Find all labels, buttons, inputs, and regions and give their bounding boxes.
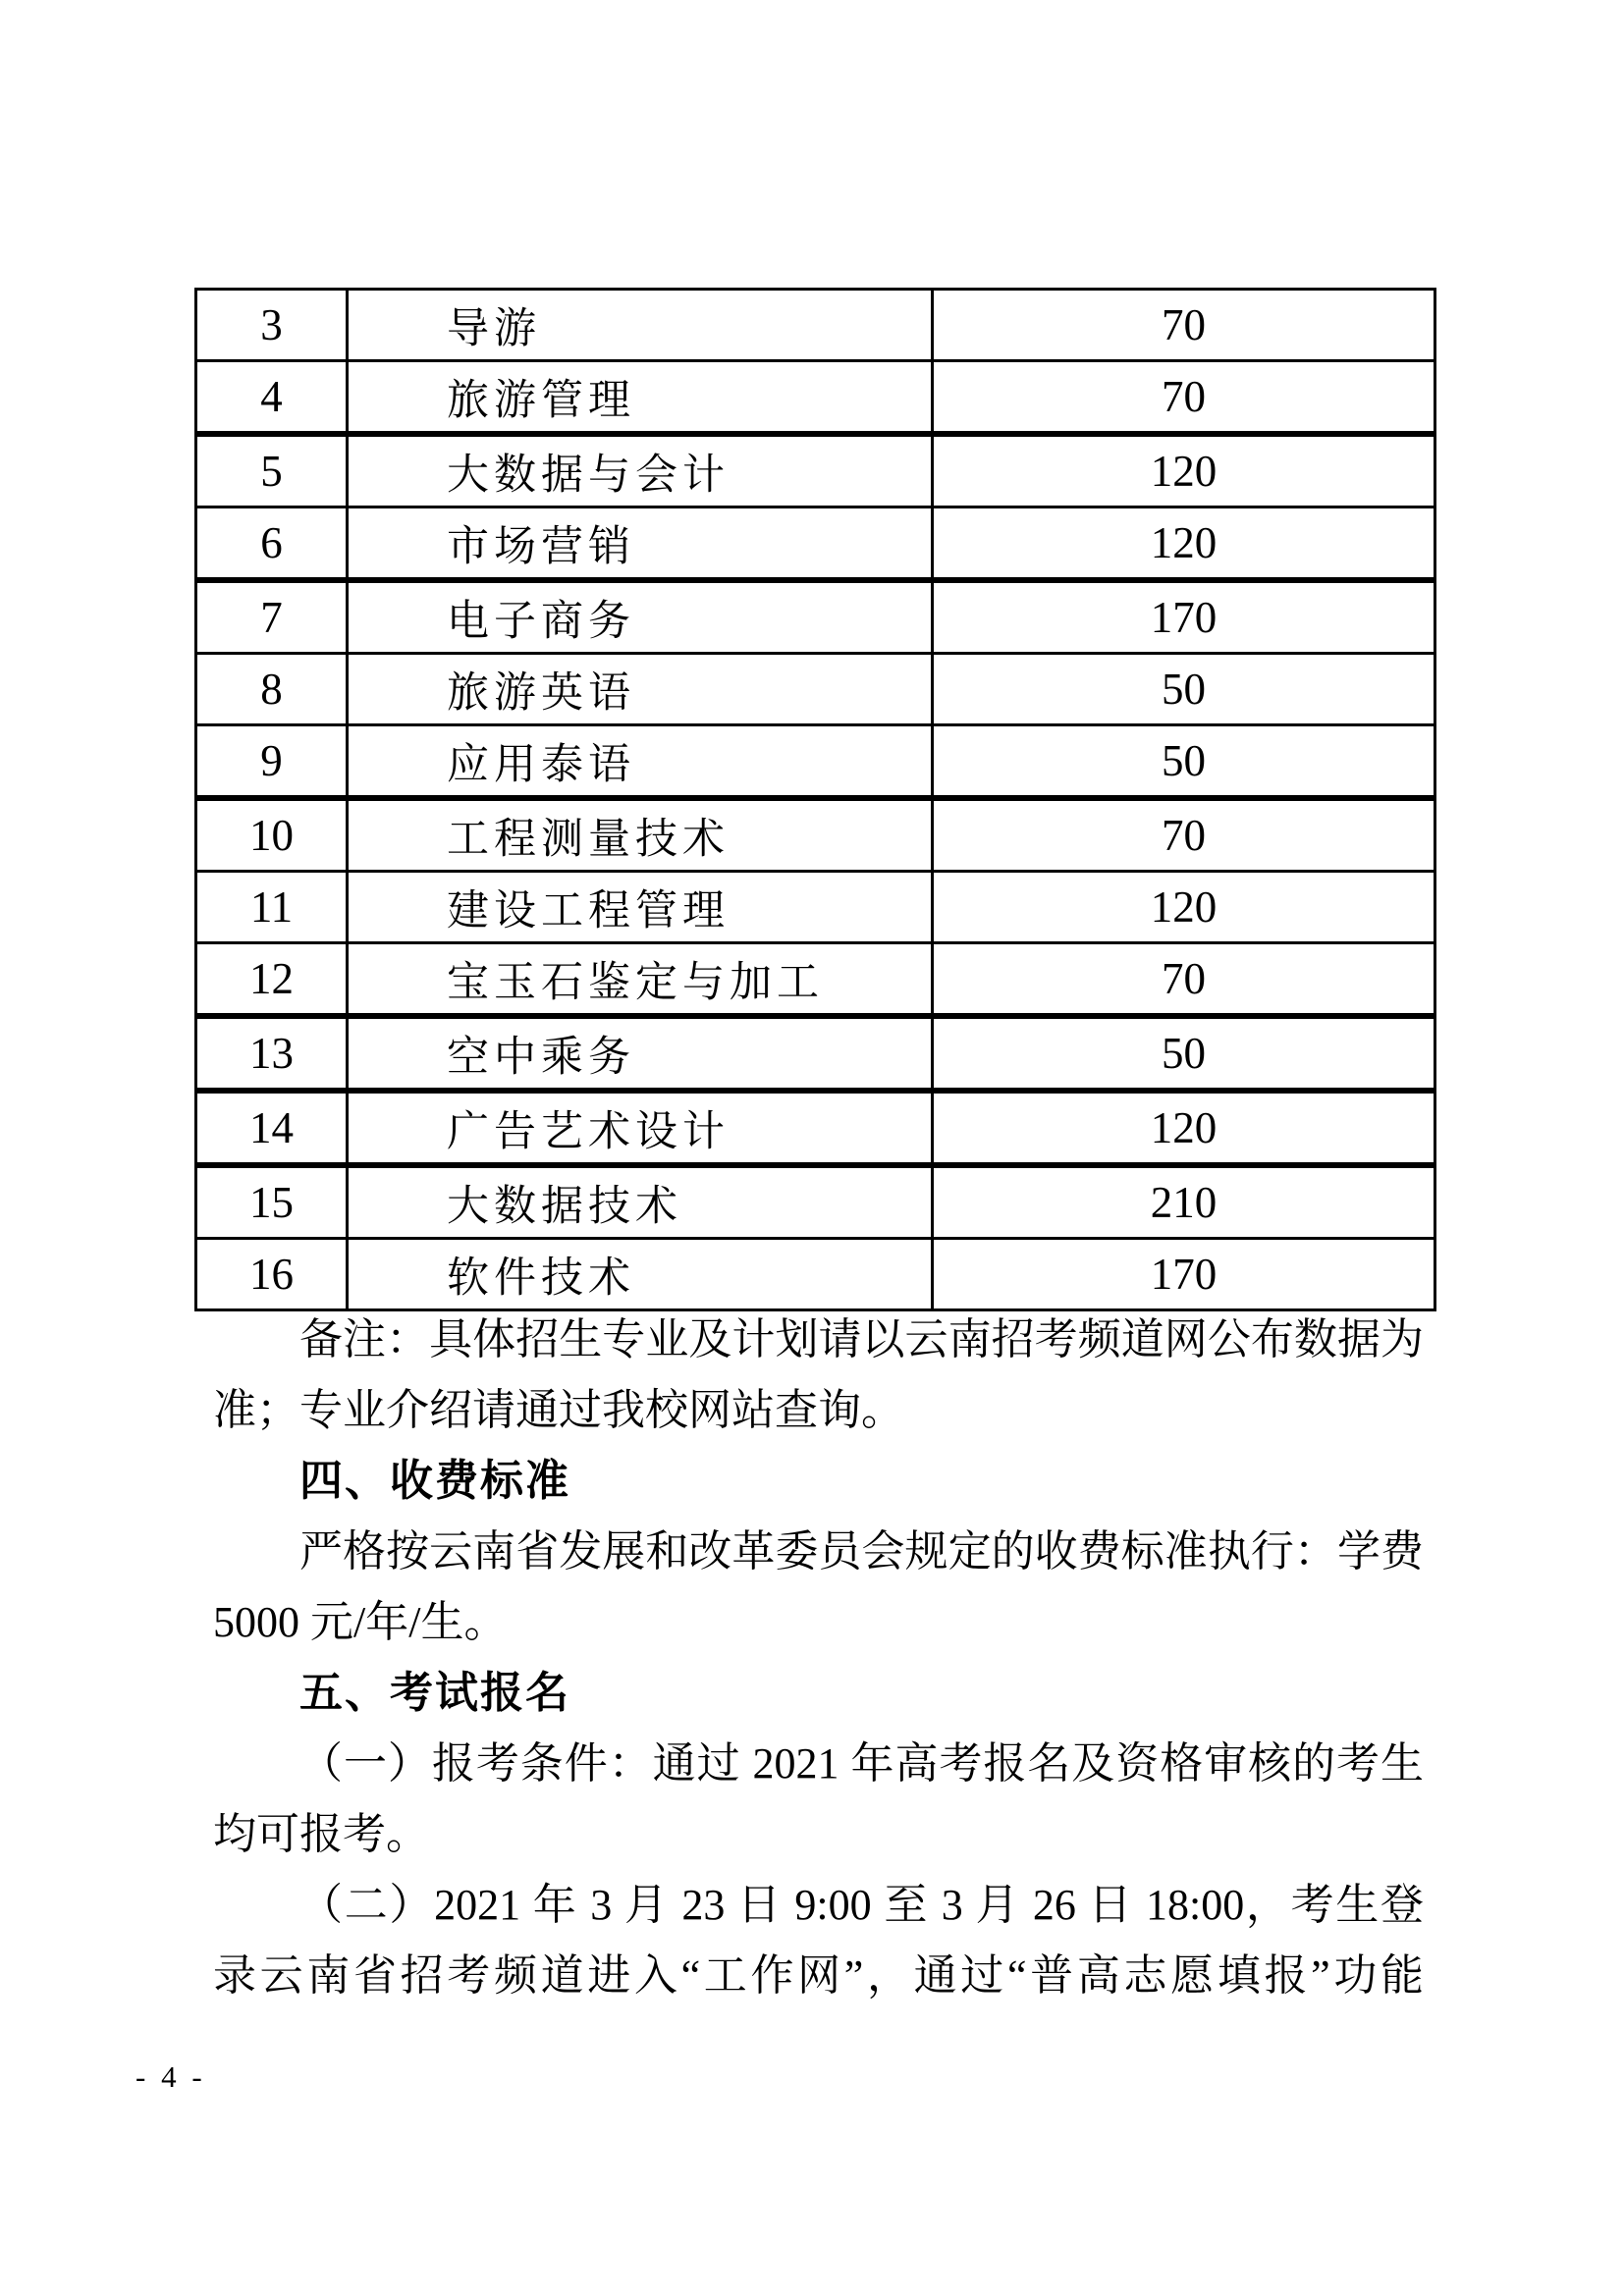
quota-value: 70 (933, 943, 1435, 1017)
major-name: 广告艺术设计 (348, 1091, 933, 1165)
registration-line-4: 录云南省招考频道进入“工作网”，通过“普高志愿填报”功能 (213, 1941, 1424, 2011)
row-number: 12 (196, 943, 348, 1017)
row-number: 3 (196, 290, 348, 361)
table-row: 3 导游 70 (196, 290, 1435, 361)
row-number: 15 (196, 1165, 348, 1239)
registration-line-3: （二）2021 年 3 月 23 日 9:00 至 3 月 26 日 18:00… (213, 1870, 1424, 1941)
major-name: 市场营销 (348, 507, 933, 581)
table-row: 13 空中乘务 50 (196, 1016, 1435, 1091)
row-number: 13 (196, 1016, 348, 1091)
row-number: 7 (196, 580, 348, 654)
table-row: 14 广告艺术设计 120 (196, 1091, 1435, 1165)
table-row: 4 旅游管理 70 (196, 361, 1435, 435)
page-number: - 4 - (135, 2057, 206, 2097)
table-row: 8 旅游英语 50 (196, 654, 1435, 725)
row-number: 14 (196, 1091, 348, 1165)
row-number: 16 (196, 1239, 348, 1310)
major-name: 宝玉石鉴定与加工 (348, 943, 933, 1017)
major-name: 大数据技术 (348, 1165, 933, 1239)
fees-line-2: 5000 元/年/生。 (213, 1587, 1424, 1658)
major-name: 旅游管理 (348, 361, 933, 435)
registration-line-2: 均可报考。 (213, 1799, 1424, 1870)
table-row: 16 软件技术 170 (196, 1239, 1435, 1310)
major-name: 旅游英语 (348, 654, 933, 725)
note-line-2: 准；专业介绍请通过我校网站查询。 (213, 1375, 1424, 1446)
major-name: 工程测量技术 (348, 798, 933, 872)
section-heading-registration: 五、考试报名 (213, 1658, 1424, 1729)
row-number: 6 (196, 507, 348, 581)
quota-value: 120 (933, 872, 1435, 943)
quota-value: 70 (933, 361, 1435, 435)
row-number: 8 (196, 654, 348, 725)
major-name: 软件技术 (348, 1239, 933, 1310)
body-text-block: 备注：具体招生专业及计划请以云南招考频道网公布数据为 准；专业介绍请通过我校网站… (213, 1305, 1424, 2011)
quota-value: 170 (933, 580, 1435, 654)
table-row: 5 大数据与会计 120 (196, 434, 1435, 507)
table-row: 10 工程测量技术 70 (196, 798, 1435, 872)
quota-value: 50 (933, 1016, 1435, 1091)
row-number: 9 (196, 725, 348, 799)
table-row: 7 电子商务 170 (196, 580, 1435, 654)
document-page: 3 导游 70 4 旅游管理 70 5 大数据与会计 120 6 市场营销 12… (0, 0, 1624, 2296)
section-heading-fees: 四、收费标准 (213, 1446, 1424, 1517)
row-number: 4 (196, 361, 348, 435)
quota-value: 70 (933, 290, 1435, 361)
quota-value: 50 (933, 654, 1435, 725)
note-line-1: 备注：具体招生专业及计划请以云南招考频道网公布数据为 (213, 1305, 1424, 1375)
enrollment-quota-table: 3 导游 70 4 旅游管理 70 5 大数据与会计 120 6 市场营销 12… (194, 288, 1436, 1311)
row-number: 10 (196, 798, 348, 872)
fees-line-1: 严格按云南省发展和改革委员会规定的收费标准执行：学费 (213, 1517, 1424, 1587)
table-row: 12 宝玉石鉴定与加工 70 (196, 943, 1435, 1017)
major-name: 建设工程管理 (348, 872, 933, 943)
major-name: 电子商务 (348, 580, 933, 654)
quota-value: 50 (933, 725, 1435, 799)
major-name: 导游 (348, 290, 933, 361)
row-number: 11 (196, 872, 348, 943)
major-name: 大数据与会计 (348, 434, 933, 507)
quota-value: 70 (933, 798, 1435, 872)
quota-value: 120 (933, 1091, 1435, 1165)
row-number: 5 (196, 434, 348, 507)
quota-value: 170 (933, 1239, 1435, 1310)
registration-line-1: （一）报考条件：通过 2021 年高考报名及资格审核的考生 (213, 1729, 1424, 1799)
quota-value: 120 (933, 434, 1435, 507)
quota-value: 120 (933, 507, 1435, 581)
table-row: 11 建设工程管理 120 (196, 872, 1435, 943)
major-name: 应用泰语 (348, 725, 933, 799)
major-name: 空中乘务 (348, 1016, 933, 1091)
table-row: 6 市场营销 120 (196, 507, 1435, 581)
table-row: 9 应用泰语 50 (196, 725, 1435, 799)
table-row: 15 大数据技术 210 (196, 1165, 1435, 1239)
quota-value: 210 (933, 1165, 1435, 1239)
